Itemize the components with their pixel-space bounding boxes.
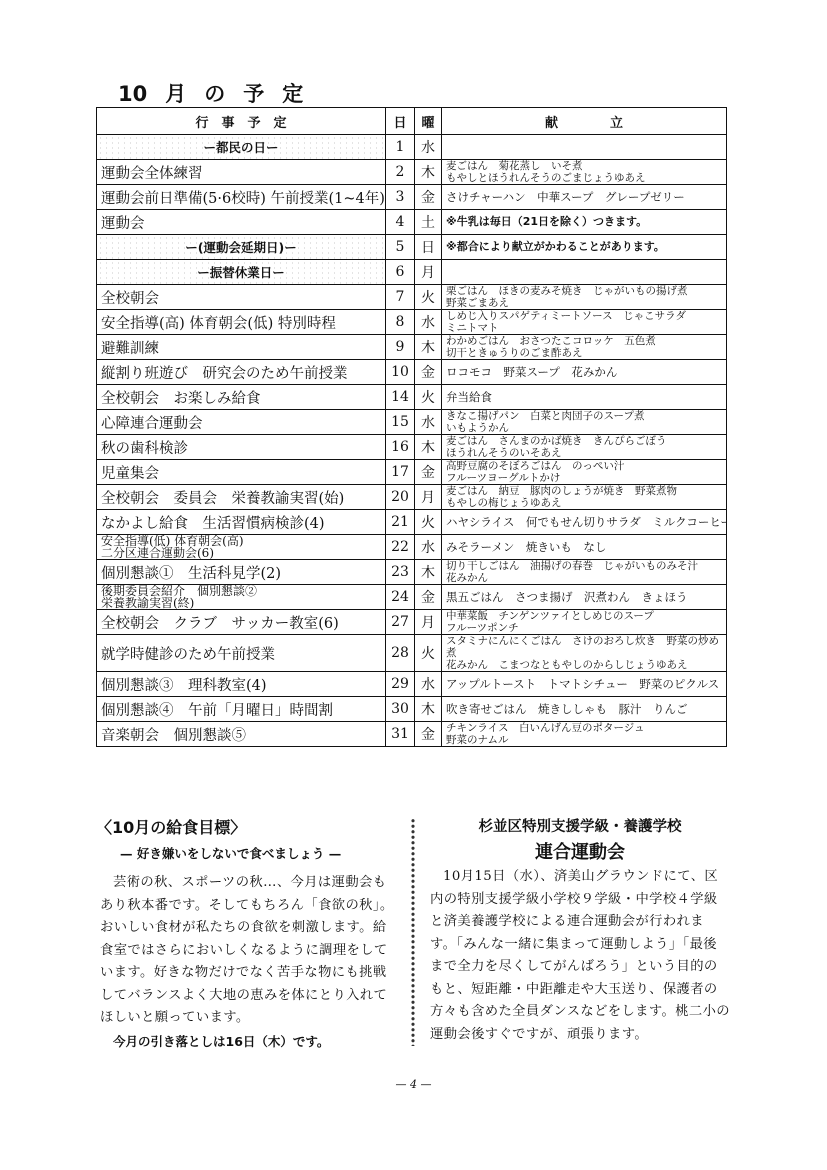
day-cell: 27 [386,610,415,635]
menu-line: わかめごはん おさつたこコロッケ 五色煮 [446,335,722,347]
menu-cell: きなこ揚げパン 白菜と肉団子のスープ煮いもようかん [442,410,727,435]
weekday-cell: 月 [415,260,442,285]
menu-line: 花みかん [446,572,722,584]
event-cell: ー都民の日ー [97,135,386,160]
event-cell: 就学時健診のため午前授業 [97,635,386,672]
table-row: 音楽朝会 個別懇談⑤31金チキンライス 白いんげん豆のポタージュ野菜のナムル [97,722,727,747]
menu-line: ほうれんそうのいそあえ [446,447,722,459]
menu-line: フルーツポンチ [446,622,722,634]
weekday-cell: 火 [415,510,442,535]
title-part: 予 [243,82,264,106]
menu-line: みそラーメン 焼きいも なし [446,541,722,553]
table-row: 運動会4土※牛乳は毎日（21日を除く）つきます。 [97,210,727,235]
weekday-cell: 日 [415,235,442,260]
menu-line: きなこ揚げパン 白菜と肉団子のスープ煮 [446,410,722,422]
sports-day-body: 10月15日（水）、済美山グラウンドにて、区内の特別支援学級小学校９学級・中学校… [430,866,730,1046]
day-cell: 1 [386,135,415,160]
sports-day-section: 杉並区特別支援学級・養護学校 連合運動会 10月15日（水）、済美山グラウンドに… [430,815,730,1046]
menu-line: アップルトースト トマトシチュー 野菜のピクルス [446,678,722,690]
header-event: 行 事 予 定 [97,108,386,135]
menu-cell: 切り干しごはん 油揚げの春巻 じゃがいものみそ汁花みかん [442,560,727,585]
menu-cell: しめじ入りスパゲティミートソース じゃこサラダミニトマト [442,310,727,335]
event-cell: 心障連合運動会 [97,410,386,435]
day-cell: 14 [386,385,415,410]
day-cell: 6 [386,260,415,285]
menu-line: 切干ときゅうりのごま酢あえ [446,347,722,359]
table-row: 個別懇談④ 午前「月曜日」時間割30木吹き寄せごはん 焼きししゃも 豚汁 りんご [97,697,727,722]
menu-cell: スタミナにんにくごはん さけのおろし炊き 野菜の炒め煮花みかん こまつなともやし… [442,635,727,672]
event-cell: 運動会全体練習 [97,160,386,185]
menu-cell: さけチャーハン 中華スープ グレープゼリー [442,185,727,210]
event-cell: 個別懇談④ 午前「月曜日」時間割 [97,697,386,722]
menu-line: フルーツヨーグルトかけ [446,472,722,484]
menu-cell: ロコモコ 野菜スープ 花みかん [442,360,727,385]
event-cell: 後期委員会紹介 個別懇談②栄養教諭実習(終) [97,585,386,610]
schedule-body: ー都民の日ー1水運動会全体練習2木麦ごはん 菊花蒸し いそ煮もやしとほうれんそう… [97,135,727,747]
event-cell: 秋の歯科検診 [97,435,386,460]
table-row: 秋の歯科検診16木麦ごはん さんまのかば焼き きんぴらごぼうほうれんそうのいそあ… [97,435,727,460]
menu-line: 黒五ごはん さつま揚げ 沢煮わん きょほう [446,591,722,603]
day-cell: 7 [386,285,415,310]
table-header-row: 行 事 予 定 日 曜 献 立 [97,108,727,135]
menu-cell: ※牛乳は毎日（21日を除く）つきます。 [442,210,727,235]
day-cell: 24 [386,585,415,610]
table-row: 心障連合運動会15水きなこ揚げパン 白菜と肉団子のスープ煮いもようかん [97,410,727,435]
menu-cell: チキンライス 白いんげん豆のポタージュ野菜のナムル [442,722,727,747]
menu-line: もやしの梅じょうゆあえ [446,497,722,509]
menu-cell: ハヤシライス 何でもせん切りサラダ ミルクコーヒー [442,510,727,535]
table-row: ー(運動会延期日)ー5日※都合により献立がかわることがあります。 [97,235,727,260]
table-row: 運動会全体練習2木麦ごはん 菊花蒸し いそ煮もやしとほうれんそうのごまじょうゆあ… [97,160,727,185]
title-part: 10 [118,82,147,106]
menu-line: いもようかん [446,422,722,434]
lunch-goal-body: 芸術の秋、スポーツの秋…、今月は運動会もあり秋本番です。そしてもちろん「食欲の秋… [100,872,400,1030]
schedule-table: 行 事 予 定 日 曜 献 立 ー都民の日ー1水運動会全体練習2木麦ごはん 菊花… [96,107,727,747]
menu-line: ミニトマト [446,322,722,334]
menu-line: チキンライス 白いんげん豆のポタージュ [446,722,722,734]
weekday-cell: 水 [415,310,442,335]
menu-cell: 吹き寄せごはん 焼きししゃも 豚汁 りんご [442,697,727,722]
menu-line: 栗ごはん ほきの麦みそ焼き じゃがいもの揚げ煮 [446,285,722,297]
table-row: 全校朝会7火栗ごはん ほきの麦みそ焼き じゃがいもの揚げ煮野菜ごまあえ [97,285,727,310]
day-cell: 31 [386,722,415,747]
event-cell: 全校朝会 [97,285,386,310]
table-row: 個別懇談③ 理科教室(4)29水アップルトースト トマトシチュー 野菜のピクルス [97,672,727,697]
table-row: 児童集会17金高野豆腐のそぼろごはん のっぺい汁フルーツヨーグルトかけ [97,460,727,485]
weekday-cell: 木 [415,435,442,460]
day-cell: 23 [386,560,415,585]
weekday-cell: 金 [415,360,442,385]
menu-line: もやしとほうれんそうのごまじょうゆあえ [446,172,722,184]
menu-cell [442,260,727,285]
day-cell: 17 [386,460,415,485]
menu-cell: 中華菜飯 チンゲンツァイとしめじのスープフルーツポンチ [442,610,727,635]
weekday-cell: 木 [415,560,442,585]
event-cell: 音楽朝会 個別懇談⑤ [97,722,386,747]
day-cell: 3 [386,185,415,210]
weekday-cell: 木 [415,697,442,722]
lunch-goal-section: 〈10月の給食目標〉 — 好き嫌いをしないで食べましょう — 芸術の秋、スポーツ… [100,815,400,1050]
menu-cell: アップルトースト トマトシチュー 野菜のピクルス [442,672,727,697]
menu-line: ※牛乳は毎日（21日を除く）つきます。 [446,216,722,228]
weekday-cell: 金 [415,585,442,610]
event-line: 二分区連合運動会(6) [101,547,381,559]
weekday-cell: 水 [415,135,442,160]
payment-note: 今月の引き落としは16日（木）です。 [113,1032,400,1050]
day-cell: 9 [386,335,415,360]
table-row: 全校朝会 委員会 栄養教諭実習(始)20月麦ごはん 納豆 豚肉のしょうが焼き 野… [97,485,727,510]
header-dow: 曜 [415,108,442,135]
weekday-cell: 水 [415,535,442,560]
menu-line: 麦ごはん 納豆 豚肉のしょうが焼き 野菜煮物 [446,485,722,497]
day-cell: 16 [386,435,415,460]
weekday-cell: 木 [415,335,442,360]
table-row: 全校朝会 お楽しみ給食14火弁当給食 [97,385,727,410]
event-cell: ー振替休業日ー [97,260,386,285]
table-row: なかよし給食 生活習慣病検診(4)21火ハヤシライス 何でもせん切りサラダ ミル… [97,510,727,535]
table-row: 避難訓練9木わかめごはん おさつたこコロッケ 五色煮切干ときゅうりのごま酢あえ [97,335,727,360]
table-row: 就学時健診のため午前授業28火スタミナにんにくごはん さけのおろし炊き 野菜の炒… [97,635,727,672]
menu-cell: 弁当給食 [442,385,727,410]
menu-line: スタミナにんにくごはん さけのおろし炊き 野菜の炒め煮 [446,635,722,659]
menu-line: 花みかん こまつなともやしのからしじょうゆあえ [446,659,722,671]
event-cell: 児童集会 [97,460,386,485]
event-cell: 全校朝会 クラブ サッカー教室(6) [97,610,386,635]
menu-line: さけチャーハン 中華スープ グレープゼリー [446,191,722,203]
day-cell: 30 [386,697,415,722]
page-title: 10月の予定 [118,78,321,108]
weekday-cell: 木 [415,160,442,185]
day-cell: 4 [386,210,415,235]
header-menu: 献 立 [442,108,727,135]
event-cell: ー(運動会延期日)ー [97,235,386,260]
weekday-cell: 水 [415,410,442,435]
weekday-cell: 水 [415,672,442,697]
table-row: 全校朝会 クラブ サッカー教室(6)27月中華菜飯 チンゲンツァイとしめじのスー… [97,610,727,635]
event-cell: 全校朝会 委員会 栄養教諭実習(始) [97,485,386,510]
table-row: 個別懇談① 生活科見学(2)23木切り干しごはん 油揚げの春巻 じゃがいものみそ… [97,560,727,585]
title-part: 定 [282,82,303,106]
weekday-cell: 月 [415,485,442,510]
event-cell: 運動会 [97,210,386,235]
event-cell: 縦割り班遊び 研究会のため午前授業 [97,360,386,385]
menu-cell: 麦ごはん 菊花蒸し いそ煮もやしとほうれんそうのごまじょうゆあえ [442,160,727,185]
day-cell: 28 [386,635,415,672]
day-cell: 29 [386,672,415,697]
day-cell: 15 [386,410,415,435]
sports-day-title: 杉並区特別支援学級・養護学校 [430,815,730,836]
menu-cell: 黒五ごはん さつま揚げ 沢煮わん きょほう [442,585,727,610]
table-row: ー都民の日ー1水 [97,135,727,160]
menu-line: 高野豆腐のそぼろごはん のっぺい汁 [446,460,722,472]
menu-cell: 麦ごはん 納豆 豚肉のしょうが焼き 野菜煮物もやしの梅じょうゆあえ [442,485,727,510]
header-day: 日 [386,108,415,135]
day-cell: 21 [386,510,415,535]
menu-cell: 栗ごはん ほきの麦みそ焼き じゃがいもの揚げ煮野菜ごまあえ [442,285,727,310]
day-cell: 20 [386,485,415,510]
menu-line: 弁当給食 [446,391,722,403]
weekday-cell: 火 [415,285,442,310]
event-cell: 安全指導(高) 体育朝会(低) 特別時程 [97,310,386,335]
weekday-cell: 月 [415,610,442,635]
weekday-cell: 金 [415,185,442,210]
menu-line: 野菜のナムル [446,734,722,746]
day-cell: 10 [386,360,415,385]
title-part: の [204,82,225,106]
day-cell: 8 [386,310,415,335]
weekday-cell: 金 [415,460,442,485]
sports-day-title2: 連合運動会 [430,838,730,864]
event-cell: 安全指導(低) 体育朝会(高)二分区連合運動会(6) [97,535,386,560]
table-row: 安全指導(低) 体育朝会(高)二分区連合運動会(6)22水みそラーメン 焼きいも… [97,535,727,560]
event-line: 栄養教諭実習(終) [101,597,381,609]
menu-line: 切り干しごはん 油揚げの春巻 じゃがいものみそ汁 [446,560,722,572]
menu-line: 麦ごはん 菊花蒸し いそ煮 [446,160,722,172]
event-cell: 運動会前日準備(5·6校時) 午前授業(1~4年) [97,185,386,210]
day-cell: 22 [386,535,415,560]
event-cell: 全校朝会 お楽しみ給食 [97,385,386,410]
menu-cell: ※都合により献立がかわることがあります。 [442,235,727,260]
menu-cell: 麦ごはん さんまのかば焼き きんぴらごぼうほうれんそうのいそあえ [442,435,727,460]
menu-line: 野菜ごまあえ [446,297,722,309]
page-number: — 4 — [0,1078,827,1091]
menu-cell [442,135,727,160]
menu-cell: みそラーメン 焼きいも なし [442,535,727,560]
table-row: 縦割り班遊び 研究会のため午前授業10金ロコモコ 野菜スープ 花みかん [97,360,727,385]
menu-line: ハヤシライス 何でもせん切りサラダ ミルクコーヒー [446,516,722,528]
day-cell: 5 [386,235,415,260]
weekday-cell: 金 [415,722,442,747]
menu-line: 麦ごはん さんまのかば焼き きんぴらごぼう [446,435,722,447]
table-row: 後期委員会紹介 個別懇談②栄養教諭実習(終)24金黒五ごはん さつま揚げ 沢煮わ… [97,585,727,610]
table-row: 安全指導(高) 体育朝会(低) 特別時程8水しめじ入りスパゲティミートソース じ… [97,310,727,335]
menu-cell: わかめごはん おさつたこコロッケ 五色煮切干ときゅうりのごま酢あえ [442,335,727,360]
lunch-goal-title: 〈10月の給食目標〉 [96,815,400,838]
event-cell: 個別懇談① 生活科見学(2) [97,560,386,585]
flower-divider-icon [407,818,419,1046]
menu-line: 中華菜飯 チンゲンツァイとしめじのスープ [446,610,722,622]
table-row: ー振替休業日ー6月 [97,260,727,285]
menu-line: ※都合により献立がかわることがあります。 [446,241,722,253]
table-row: 運動会前日準備(5·6校時) 午前授業(1~4年)3金さけチャーハン 中華スープ… [97,185,727,210]
menu-line: ロコモコ 野菜スープ 花みかん [446,366,722,378]
weekday-cell: 土 [415,210,442,235]
day-cell: 2 [386,160,415,185]
weekday-cell: 火 [415,635,442,672]
title-part: 月 [165,82,186,106]
menu-cell: 高野豆腐のそぼろごはん のっぺい汁フルーツヨーグルトかけ [442,460,727,485]
menu-line: 吹き寄せごはん 焼きししゃも 豚汁 りんご [446,703,722,715]
weekday-cell: 火 [415,385,442,410]
event-cell: 避難訓練 [97,335,386,360]
lunch-goal-subtitle: — 好き嫌いをしないで食べましょう — [120,844,400,862]
event-cell: なかよし給食 生活習慣病検診(4) [97,510,386,535]
event-cell: 個別懇談③ 理科教室(4) [97,672,386,697]
menu-line: しめじ入りスパゲティミートソース じゃこサラダ [446,310,722,322]
